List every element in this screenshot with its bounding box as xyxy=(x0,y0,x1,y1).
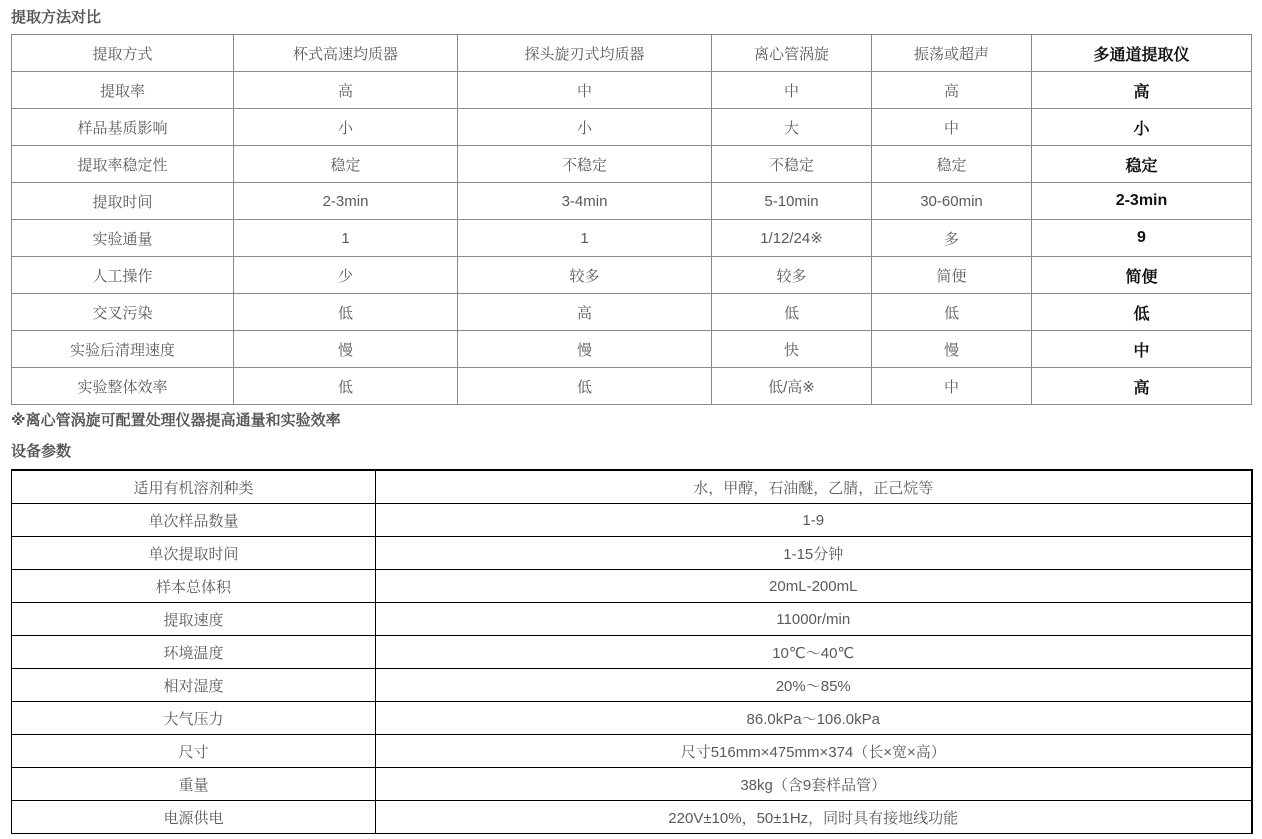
cell: 2-3min xyxy=(234,183,458,220)
table-row: 单次提取时间 1-15分钟 xyxy=(12,537,1252,570)
param-value: 220V±10%，50±1Hz，同时具有接地线功能 xyxy=(376,801,1252,834)
cell: 小 xyxy=(234,109,458,146)
param-label: 提取速度 xyxy=(12,603,376,636)
param-value: 20%～85% xyxy=(376,669,1252,702)
param-value: 11000r/min xyxy=(376,603,1252,636)
cell: 中 xyxy=(712,72,872,109)
table-row: 提取率 高 中 中 高 高 xyxy=(12,72,1252,109)
cell: 少 xyxy=(234,257,458,294)
cell: 3-4min xyxy=(458,183,712,220)
cell: 30-60min xyxy=(872,183,1032,220)
highlight-cell: 简便 xyxy=(1032,257,1252,294)
cell: 慢 xyxy=(872,331,1032,368)
row-label: 提取率 xyxy=(12,72,234,109)
table-row: 提取速度 11000r/min xyxy=(12,603,1252,636)
header-cell-probe-homogenizer: 探头旋刃式均质器 xyxy=(458,35,712,72)
param-value: 1-9 xyxy=(376,504,1252,537)
cell: 1 xyxy=(234,220,458,257)
row-label: 实验整体效率 xyxy=(12,368,234,405)
extraction-method-comparison-table: 提取方式 杯式高速均质器 探头旋刃式均质器 离心管涡旋 振荡或超声 多通道提取仪… xyxy=(11,34,1252,405)
cell: 较多 xyxy=(458,257,712,294)
cell: 低 xyxy=(234,294,458,331)
table-row: 单次样品数量 1-9 xyxy=(12,504,1252,537)
param-value: 尺寸516mm×475mm×374（长×宽×高） xyxy=(376,735,1252,768)
cell: 简便 xyxy=(872,257,1032,294)
footnote: ※离心管涡旋可配置处理仪器提高通量和实验效率 xyxy=(11,410,341,430)
cell: 高 xyxy=(458,294,712,331)
param-label: 大气压力 xyxy=(12,702,376,735)
cell: 中 xyxy=(872,368,1032,405)
table-row: 实验通量 1 1 1/12/24※ 多 9 xyxy=(12,220,1252,257)
highlight-cell: 低 xyxy=(1032,294,1252,331)
highlight-cell: 2-3min xyxy=(1032,183,1252,220)
cell: 低 xyxy=(712,294,872,331)
cell: 5-10min xyxy=(712,183,872,220)
highlight-cell: 高 xyxy=(1032,368,1252,405)
cell: 慢 xyxy=(458,331,712,368)
header-cell-method: 提取方式 xyxy=(12,35,234,72)
table-row: 环境温度 10℃～40℃ xyxy=(12,636,1252,669)
header-cell-cup-homogenizer: 杯式高速均质器 xyxy=(234,35,458,72)
cell: 较多 xyxy=(712,257,872,294)
cell: 低/高※ xyxy=(712,368,872,405)
param-value: 20mL-200mL xyxy=(376,570,1252,603)
highlight-cell: 稳定 xyxy=(1032,146,1252,183)
comparison-title: 提取方法对比 xyxy=(11,7,101,27)
row-label: 交叉污染 xyxy=(12,294,234,331)
cell: 低 xyxy=(458,368,712,405)
cell: 低 xyxy=(234,368,458,405)
highlight-cell: 中 xyxy=(1032,331,1252,368)
specs-title: 设备参数 xyxy=(11,441,71,461)
param-label: 电源供电 xyxy=(12,801,376,834)
row-label: 实验通量 xyxy=(12,220,234,257)
table-row: 尺寸 尺寸516mm×475mm×374（长×宽×高） xyxy=(12,735,1252,768)
table-row: 适用有机溶剂种类 水，甲醇，石油醚，乙腈，正己烷等 xyxy=(12,470,1252,504)
table-row: 实验后清理速度 慢 慢 快 慢 中 xyxy=(12,331,1252,368)
row-label: 人工操作 xyxy=(12,257,234,294)
table-row: 电源供电 220V±10%，50±1Hz，同时具有接地线功能 xyxy=(12,801,1252,834)
cell: 大 xyxy=(712,109,872,146)
table-row: 重量 38kg（含9套样品管） xyxy=(12,768,1252,801)
cell: 小 xyxy=(458,109,712,146)
header-cell-oscillation: 振荡或超声 xyxy=(872,35,1032,72)
device-parameters-table: 适用有机溶剂种类 水，甲醇，石油醚，乙腈，正己烷等 单次样品数量 1-9 单次提… xyxy=(11,469,1253,834)
param-label: 单次样品数量 xyxy=(12,504,376,537)
table-row: 提取率稳定性 稳定 不稳定 不稳定 稳定 稳定 xyxy=(12,146,1252,183)
table-row: 实验整体效率 低 低 低/高※ 中 高 xyxy=(12,368,1252,405)
cell: 多 xyxy=(872,220,1032,257)
table-row: 样本总体积 20mL-200mL xyxy=(12,570,1252,603)
cell: 1/12/24※ xyxy=(712,220,872,257)
cell: 稳定 xyxy=(234,146,458,183)
table-row: 人工操作 少 较多 较多 简便 简便 xyxy=(12,257,1252,294)
table-row: 交叉污染 低 高 低 低 低 xyxy=(12,294,1252,331)
cell: 不稳定 xyxy=(458,146,712,183)
highlight-cell: 高 xyxy=(1032,72,1252,109)
header-cell-vortex: 离心管涡旋 xyxy=(712,35,872,72)
cell: 中 xyxy=(872,109,1032,146)
cell: 慢 xyxy=(234,331,458,368)
row-label: 提取率稳定性 xyxy=(12,146,234,183)
table-row: 大气压力 86.0kPa～106.0kPa xyxy=(12,702,1252,735)
param-label: 环境温度 xyxy=(12,636,376,669)
param-value: 10℃～40℃ xyxy=(376,636,1252,669)
cell: 高 xyxy=(234,72,458,109)
cell: 稳定 xyxy=(872,146,1032,183)
cell: 快 xyxy=(712,331,872,368)
row-label: 提取时间 xyxy=(12,183,234,220)
param-value: 1-15分钟 xyxy=(376,537,1252,570)
highlight-cell: 9 xyxy=(1032,220,1252,257)
cell: 1 xyxy=(458,220,712,257)
param-value: 86.0kPa～106.0kPa xyxy=(376,702,1252,735)
row-label: 样品基质影响 xyxy=(12,109,234,146)
cell: 不稳定 xyxy=(712,146,872,183)
cell: 中 xyxy=(458,72,712,109)
param-label: 相对湿度 xyxy=(12,669,376,702)
header-cell-multichannel: 多通道提取仪 xyxy=(1032,35,1252,72)
cell: 低 xyxy=(872,294,1032,331)
cell: 高 xyxy=(872,72,1032,109)
highlight-cell: 小 xyxy=(1032,109,1252,146)
table-row: 样品基质影响 小 小 大 中 小 xyxy=(12,109,1252,146)
param-label: 重量 xyxy=(12,768,376,801)
param-value: 水，甲醇，石油醚，乙腈，正己烷等 xyxy=(376,470,1252,504)
table-header-row: 提取方式 杯式高速均质器 探头旋刃式均质器 离心管涡旋 振荡或超声 多通道提取仪 xyxy=(12,35,1252,72)
param-label: 尺寸 xyxy=(12,735,376,768)
param-label: 适用有机溶剂种类 xyxy=(12,470,376,504)
param-label: 样本总体积 xyxy=(12,570,376,603)
table-row: 相对湿度 20%～85% xyxy=(12,669,1252,702)
table-row: 提取时间 2-3min 3-4min 5-10min 30-60min 2-3m… xyxy=(12,183,1252,220)
row-label: 实验后清理速度 xyxy=(12,331,234,368)
param-label: 单次提取时间 xyxy=(12,537,376,570)
param-value: 38kg（含9套样品管） xyxy=(376,768,1252,801)
